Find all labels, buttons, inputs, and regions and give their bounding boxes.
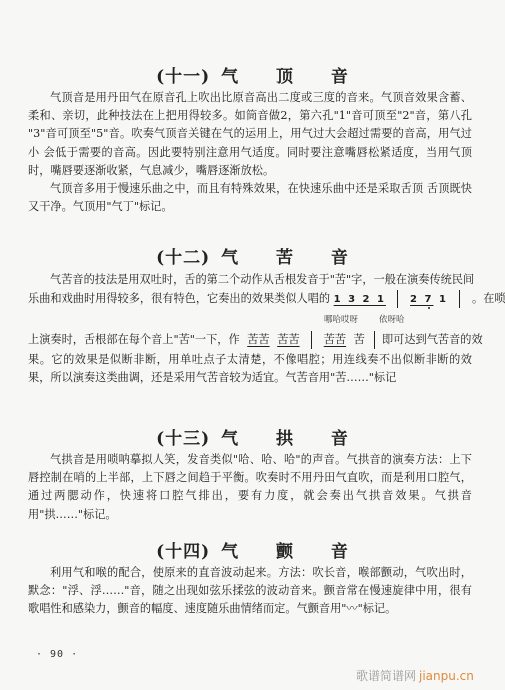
title-char: 苦 xyxy=(276,248,294,268)
note: 1 xyxy=(439,294,448,305)
section-14-body: 利用气和喉的配合，使原来的直音波动起来。方法：吹长音，喉部颤动，气吹出时，默念：… xyxy=(28,564,472,619)
paragraph-line: 即可达到气苦音的效 xyxy=(382,333,483,346)
section-13-body: 气拱音是用唢呐摹拟人笑，发音类似"哈、哈、哈"的声音。气拱音的演奏方法：上下唇控… xyxy=(28,451,472,524)
barline xyxy=(459,290,460,308)
section-number: (十四) xyxy=(156,542,210,562)
paragraph: 气拱音是用唢呐摹拟人笑，发音类似"哈、哈、哈"的声音。气拱音的演奏方法：上下唇控… xyxy=(28,451,472,524)
section-11-body: 气顶音是用丹田气在原音孔上吹出比原音高出二度或三度的音来。气顶音效果含蓄、柔和、… xyxy=(28,89,472,216)
section-title-13: (十三) 气 拱 音 xyxy=(0,424,505,449)
section-12-line-3: 上演奏时，舌根部在每个音上"苦"一下，作 苦苦 苦苦 苦苦 苦 即可达到气苦音的… xyxy=(28,331,472,349)
watermark-latin: jianpu.cn xyxy=(419,669,474,683)
title-char: 音 xyxy=(331,248,349,268)
barline xyxy=(374,331,375,349)
title-char: 颤 xyxy=(276,542,294,562)
title-char: 气 xyxy=(221,429,239,449)
title-char: 气 xyxy=(221,542,239,562)
barline xyxy=(311,331,312,349)
section-title-11: (十一) 气 顶 音 xyxy=(0,62,505,87)
paragraph-line: 乐曲和戏曲时用得较多，很有特色，它奏出的效果类似人唱的 xyxy=(28,292,330,305)
section-12-body: 果。它的效果是似断非断，用单吐点子太清楚，不像唱腔；用连线奏不出似断非断的效果，… xyxy=(28,351,472,387)
note: 2 xyxy=(410,294,419,305)
notation-notes: 1 3 2 1 xyxy=(334,294,386,305)
title-char: 气 xyxy=(221,67,239,87)
title-char: 音 xyxy=(331,67,349,87)
paragraph: 果。它的效果是似断非断，用单吐点子太清楚，不像唱腔；用连线奏不出似断非断的效果，… xyxy=(28,351,472,387)
paragraph: 气顶音是用丹田气在原音孔上吹出比原音高出二度或三度的音来。气顶音效果含蓄、柔和、… xyxy=(28,89,472,180)
paragraph-line: 上演奏时，舌根部在每个音上"苦"一下，作 xyxy=(28,333,240,346)
page-number: · 90 · xyxy=(36,649,78,660)
note-low-octave: 7 xyxy=(425,294,434,305)
ku-group: 苦苦 xyxy=(247,333,269,346)
title-char: 拱 xyxy=(276,429,294,449)
watermark-cn: 歌谱简谱网 xyxy=(356,669,416,683)
ku-group: 苦 xyxy=(354,333,365,346)
title-char: 气 xyxy=(221,248,239,268)
section-number: (十一) xyxy=(156,67,210,87)
paragraph-line: 气苦音的技法是用双吐时，舌的第二个动作从舌根发音于"苦"字，一般在演奏传统民间 xyxy=(28,273,474,286)
title-char: 音 xyxy=(331,429,349,449)
notation-group-2: 2 7 1 xyxy=(410,291,448,309)
section-title-12: (十二) 气 苦 音 xyxy=(0,243,505,268)
notation-notes: 2 7 xyxy=(410,294,433,305)
title-char: 顶 xyxy=(276,67,294,87)
section-12-line-2: 乐曲和戏曲时用得较多，很有特色，它奏出的效果类似人唱的 1 3 2 1 2 7 … xyxy=(28,290,472,309)
section-number: (十三) xyxy=(156,429,210,449)
paragraph: 利用气和喉的配合，使原来的直音波动起来。方法：吹长音，喉部颤动，气吹出时，默念：… xyxy=(28,564,472,619)
paragraph-line: 。在唢呐 xyxy=(472,292,505,305)
section-number: (十二) xyxy=(156,248,210,268)
paragraph: 气顶音多用于慢速乐曲之中，而且有特殊效果，在快速乐曲中还是采取舌顶 舌顶既快又干… xyxy=(28,180,472,216)
section-12-line-1: 气苦音的技法是用双吐时，舌的第二个动作从舌根发音于"苦"字，一般在演奏传统民间 xyxy=(28,271,472,289)
barline xyxy=(397,290,398,308)
notation-group-1: 1 3 2 1 xyxy=(334,291,386,309)
ku-group: 苦苦 xyxy=(277,333,299,346)
ku-group: 苦苦 xyxy=(324,333,346,346)
lyrics-2: 依呀哈 xyxy=(379,313,405,325)
watermark: 歌谱简谱网jianpu.cn xyxy=(356,667,474,684)
document-page: (十一) 气 顶 音 气顶音是用丹田气在原音孔上吹出比原音高出二度或三度的音来。… xyxy=(0,0,505,690)
lyrics-1: 哪哈哎呀 xyxy=(324,313,358,325)
title-char: 音 xyxy=(331,542,349,562)
section-title-14: (十四) 气 颤 音 xyxy=(0,537,505,562)
